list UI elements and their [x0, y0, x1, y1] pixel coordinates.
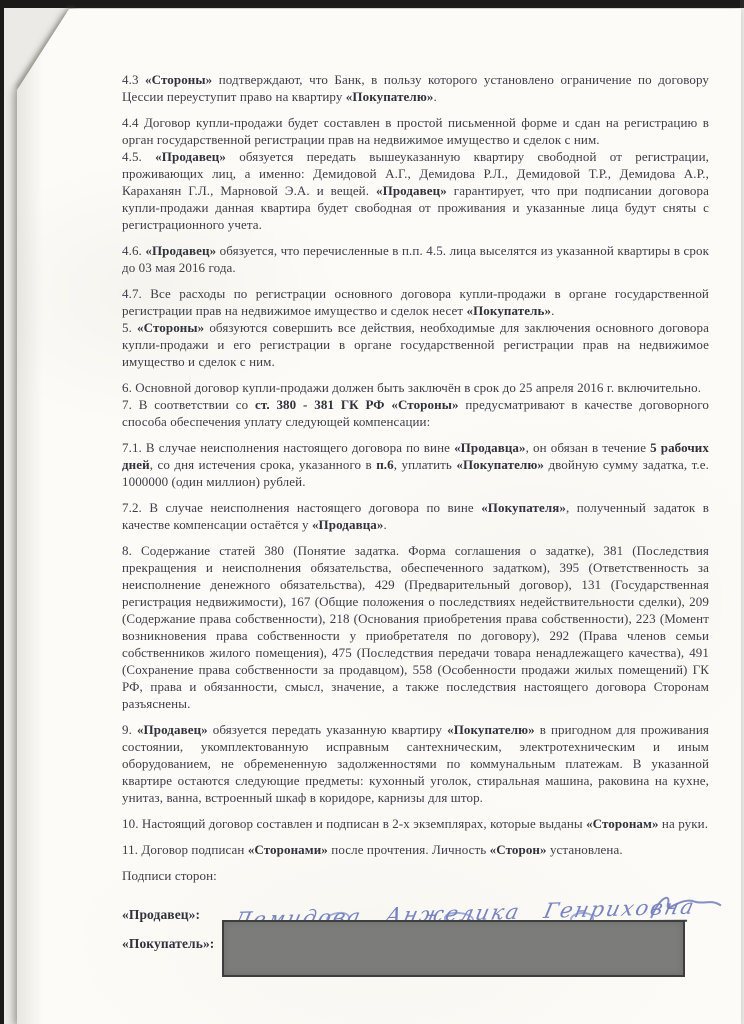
bold-term: «Стороны»	[145, 72, 212, 87]
bold-term: п.6	[376, 457, 394, 472]
contract-paragraph-11: 11. Договор подписан «Сторонами» после п…	[122, 841, 709, 858]
text-run: 4.6.	[122, 243, 145, 258]
contract-paragraph-9: 9. «Продавец» обязуется передать указанн…	[122, 721, 709, 806]
bold-term: «Покупателю»	[447, 722, 535, 737]
bold-term: «Сторонами»	[248, 842, 328, 857]
text-run: 7. В соответствии со	[122, 397, 255, 412]
contract-paragraph-8: 8. Содержание статей 380 (Понятие задатк…	[122, 542, 709, 712]
text-run: 7.1. В случае неисполнения настоящего до…	[122, 440, 454, 455]
buyer-signature-line	[222, 925, 685, 977]
paper-shadow: 4.3 «Стороны» подтверждают, что Банк, в …	[17, 9, 741, 1024]
text-run: , он обязан в течение	[526, 440, 650, 455]
text-run: .	[384, 517, 387, 532]
seller-signature-row: «Продавец»:Демидова Анжелика Генриховна	[122, 894, 709, 923]
text-run: 8. Содержание статей 380 (Понятие задатк…	[122, 543, 709, 711]
bold-term: «Продавца»	[312, 517, 384, 532]
bold-term: «Стороны»	[137, 320, 204, 335]
contract-paragraph-7: 7. В соответствии со ст. 380 - 381 ГК РФ…	[122, 396, 709, 430]
text-run: , со дня истечения срока, указанного в	[150, 457, 376, 472]
text-run: 11. Договор подписан	[122, 842, 248, 857]
text-run: 9.	[122, 722, 137, 737]
buyer-signature-row: «Покупатель»:	[122, 925, 709, 977]
seller-label: «Продавец»:	[122, 906, 220, 923]
text-run: 4.5.	[122, 149, 155, 164]
contract-paragraph-4-7: 4.7. Все расходы по регистрации основног…	[122, 285, 709, 319]
contract-paragraph-4-3: 4.3 «Стороны» подтверждают, что Банк, в …	[122, 71, 709, 105]
text-run: .	[433, 89, 436, 104]
bold-term: «Сторонам»	[586, 816, 659, 831]
bold-term: «Сторон»	[490, 842, 547, 857]
scanner-background: 4.3 «Стороны» подтверждают, что Банк, в …	[4, 8, 744, 1024]
bold-term: «Покупателя»	[481, 500, 566, 515]
contract-paragraph-7-2: 7.2. В случае неисполнения настоящего до…	[122, 499, 709, 533]
contract-paragraph-4-6: 4.6. «Продавец» обязуется, что перечисле…	[122, 242, 709, 276]
text-run: установлена.	[547, 842, 623, 857]
bold-term: «Продавец»	[145, 243, 216, 258]
text-run: 4.4 Договор купли-продажи будет составле…	[122, 115, 709, 147]
bold-term: «Продавца»	[454, 440, 526, 455]
bold-term: «Покупателю»	[346, 89, 434, 104]
text-run: после прочтения. Личность	[328, 842, 490, 857]
contract-paragraph-7-1: 7.1. В случае неисполнения настоящего до…	[122, 439, 709, 490]
bold-term: «Продавец»	[137, 722, 208, 737]
text-run: обязуются совершить все действия, необхо…	[122, 320, 709, 369]
contract-paragraph-10: 10. Настоящий договор составлен и подпис…	[122, 815, 709, 832]
scanned-contract-page: 4.3 «Стороны» подтверждают, что Банк, в …	[0, 0, 744, 1024]
redaction-box	[222, 920, 685, 977]
bold-term: «Продавец»	[376, 183, 447, 198]
text-run: 6. Основной договор купли-продажи должен…	[122, 380, 701, 395]
buyer-label: «Покупатель»:	[122, 925, 220, 952]
text-run: 7.2. В случае неисполнения настоящего до…	[122, 500, 481, 515]
text-run: 10. Настоящий договор составлен и подпис…	[122, 816, 586, 831]
text-run: 4.7. Все расходы по регистрации основног…	[122, 286, 709, 318]
bold-term: «Покупателю»	[456, 457, 544, 472]
text-run: .	[551, 303, 554, 318]
contract-paragraph-4-5: 4.5. «Продавец» обязуется передать вышеу…	[122, 148, 709, 233]
bold-term: «Покупатель»	[467, 303, 552, 318]
bold-term: ст. 380 - 381 ГК РФ «Стороны»	[255, 397, 459, 412]
text-run: , уплатить	[394, 457, 457, 472]
contract-body: 4.3 «Стороны» подтверждают, что Банк, в …	[122, 71, 709, 977]
signatures-heading: Подписи сторон:	[122, 867, 709, 884]
text-run: на руки.	[659, 816, 708, 831]
contract-paragraph-4-4: 4.4 Договор купли-продажи будет составле…	[122, 114, 709, 148]
contract-paragraph-6: 6. Основной договор купли-продажи должен…	[122, 379, 709, 396]
text-run: обязуется передать указанную квартиру	[208, 722, 447, 737]
bold-term: «Продавец»	[155, 149, 226, 164]
text-run: 5.	[122, 320, 137, 335]
paper-sheet: 4.3 «Стороны» подтверждают, что Банк, в …	[17, 9, 741, 1024]
contract-paragraph-5: 5. «Стороны» обязуются совершить все дей…	[122, 319, 709, 370]
text-run: 4.3	[122, 72, 145, 87]
